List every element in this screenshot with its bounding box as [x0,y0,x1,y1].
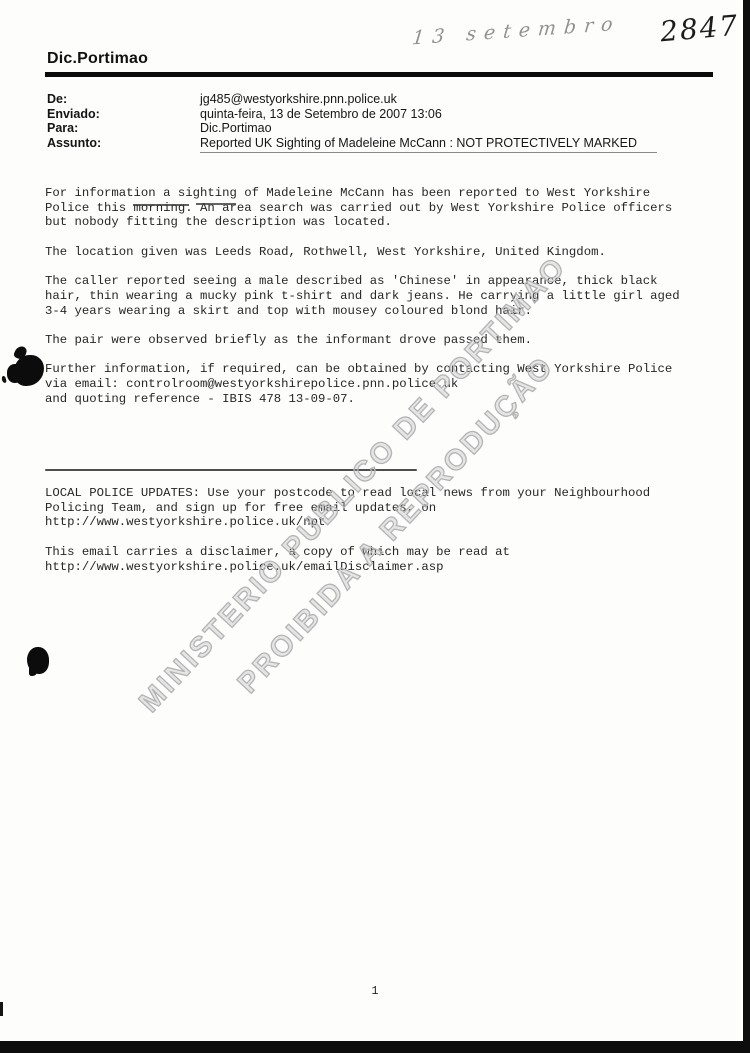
ink-blob-large [14,355,44,386]
body-paragraph-sighting: For information a sighting of Madeleine … [45,186,723,230]
subject-underline [200,152,657,153]
scanner-edge-tick [0,1002,3,1016]
sent-label: Enviado: [47,107,200,122]
subject-label: Assunto: [47,136,200,151]
email-header-row-sent: Enviado: quinta-feira, 13 de Setembro de… [47,107,707,122]
email-header-row-to: Para: Dic.Portimao [47,121,707,136]
to-label: Para: [47,121,200,136]
section-divider [45,469,417,471]
body-paragraph-contact: Further information, if required, can be… [45,362,723,406]
email-header-block: De: jg485@westyorkshire.pnn.police.uk En… [47,92,707,151]
handwritten-date: 13 setembro [411,13,622,50]
subject-value: Reported UK Sighting of Madeleine McCann… [200,136,637,151]
ink-speck [1,376,7,384]
footer-paragraph-updates: LOCAL POLICE UPDATES: Use your postcode … [45,486,723,530]
from-value: jg485@westyorkshire.pnn.police.uk [200,92,397,107]
body-paragraph-observation: The pair were observed briefly as the in… [45,333,723,348]
scanner-edge-right [743,0,750,1053]
scanner-edge-bottom [0,1041,750,1053]
body-paragraph-description: The caller reported seeing a male descri… [45,274,723,318]
email-body: For information a sighting of Madeleine … [45,186,723,421]
body-paragraph-location: The location given was Leeds Road, Rothw… [45,245,723,260]
from-label: De: [47,92,200,107]
scan-artifact-line [133,204,189,206]
sent-value: quinta-feira, 13 de Setembro de 2007 13:… [200,107,442,122]
scanned-document-page: 13 setembro 2847 Dic.Portimao De: jg485@… [0,0,750,1053]
ink-blob-small [27,647,49,674]
handwritten-file-number: 2847 [659,9,741,49]
email-header-row-from: De: jg485@westyorkshire.pnn.police.uk [47,92,707,107]
footer-paragraph-disclaimer: This email carries a disclaimer, a copy … [45,545,723,574]
scan-artifact-line [196,203,236,205]
document-title: Dic.Portimao [47,50,148,68]
email-footer: LOCAL POLICE UPDATES: Use your postcode … [45,486,723,589]
title-rule [45,72,713,77]
page-number: 1 [0,985,750,998]
email-header-row-subject: Assunto: Reported UK Sighting of Madelei… [47,136,707,151]
to-value: Dic.Portimao [200,121,272,136]
